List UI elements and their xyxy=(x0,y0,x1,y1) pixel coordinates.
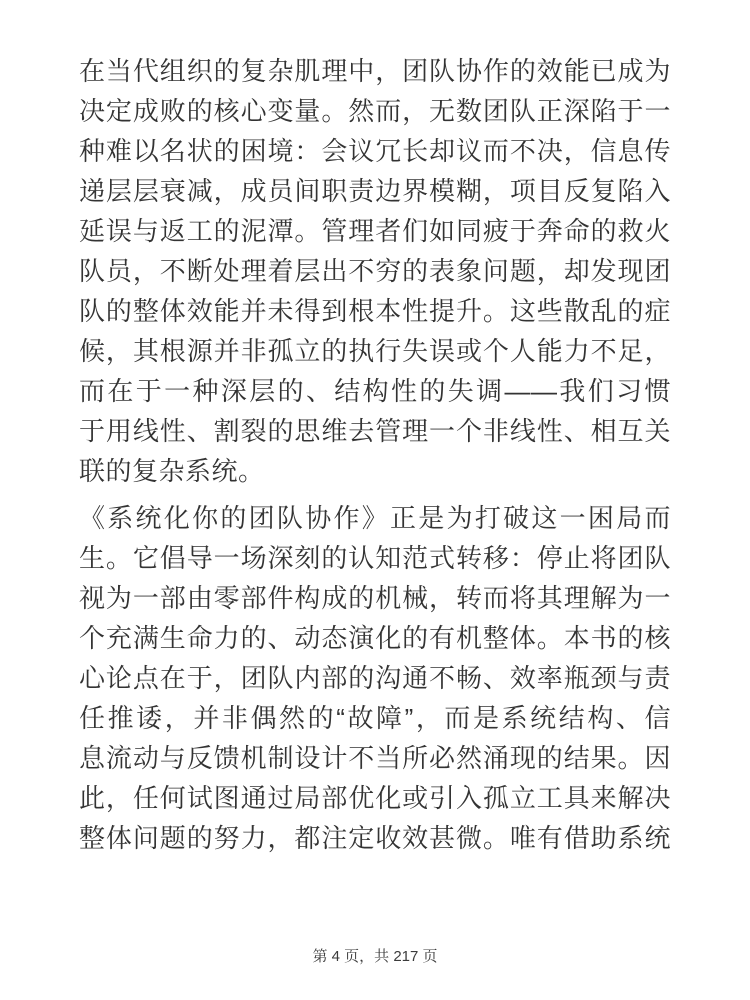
text-line: 个充满生命力的、动态演化的有机整体。本书的核 xyxy=(79,618,671,658)
text-line: 生。它倡导一场深刻的认知范式转移：停止将团队 xyxy=(79,538,671,578)
text-line: 息流动与反馈机制设计不当所必然涌现的结果。因 xyxy=(79,738,671,778)
text-line: 队员，不断处理着层出不穷的表象问题，却发现团 xyxy=(79,251,671,291)
text-line: 于用线性、割裂的思维去管理一个非线性、相互关 xyxy=(79,411,671,451)
text-line: 候，其根源并非孤立的执行失误或个人能力不足， xyxy=(79,331,671,371)
text-line: 队的整体效能并未得到根本性提升。这些散乱的症 xyxy=(79,291,671,331)
text-line: 递层层衰减，成员间职责边界模糊，项目反复陷入 xyxy=(79,171,671,211)
text-line: 心论点在于，团队内部的沟通不畅、效率瓶颈与责 xyxy=(79,658,671,698)
text-line: 此，任何试图通过局部优化或引入孤立工具来解决 xyxy=(79,778,671,818)
text-line: 决定成败的核心变量。然而，无数团队正深陷于一 xyxy=(79,91,671,131)
text-line: 联的复杂系统。 xyxy=(79,451,671,491)
text-line: 而在于一种深层的、结构性的失调——我们习惯 xyxy=(79,371,671,411)
paragraph: 《系统化你的团队协作》正是为打破这一困局而生。它倡导一场深刻的认知范式转移：停止… xyxy=(79,498,671,858)
paragraph: 在当代组织的复杂肌理中，团队协作的效能已成为决定成败的核心变量。然而，无数团队正… xyxy=(79,51,671,491)
page-indicator: 第 4 页，共 217 页 xyxy=(0,946,750,968)
text-line: 整体问题的努力，都注定收效甚微。唯有借助系统 xyxy=(79,818,671,858)
document-body: 在当代组织的复杂肌理中，团队协作的效能已成为决定成败的核心变量。然而，无数团队正… xyxy=(79,51,671,865)
text-line: 任推诿，并非偶然的“故障”，而是系统结构、信 xyxy=(79,698,671,738)
text-line: 在当代组织的复杂肌理中，团队协作的效能已成为 xyxy=(79,51,671,91)
text-line: 视为一部由零部件构成的机械，转而将其理解为一 xyxy=(79,578,671,618)
text-line: 种难以名状的困境：会议冗长却议而不决，信息传 xyxy=(79,131,671,171)
text-line: 延误与返工的泥潭。管理者们如同疲于奔命的救火 xyxy=(79,211,671,251)
text-line: 《系统化你的团队协作》正是为打破这一困局而 xyxy=(79,498,671,538)
document-page: 在当代组织的复杂肌理中，团队协作的效能已成为决定成败的核心变量。然而，无数团队正… xyxy=(0,0,750,1000)
